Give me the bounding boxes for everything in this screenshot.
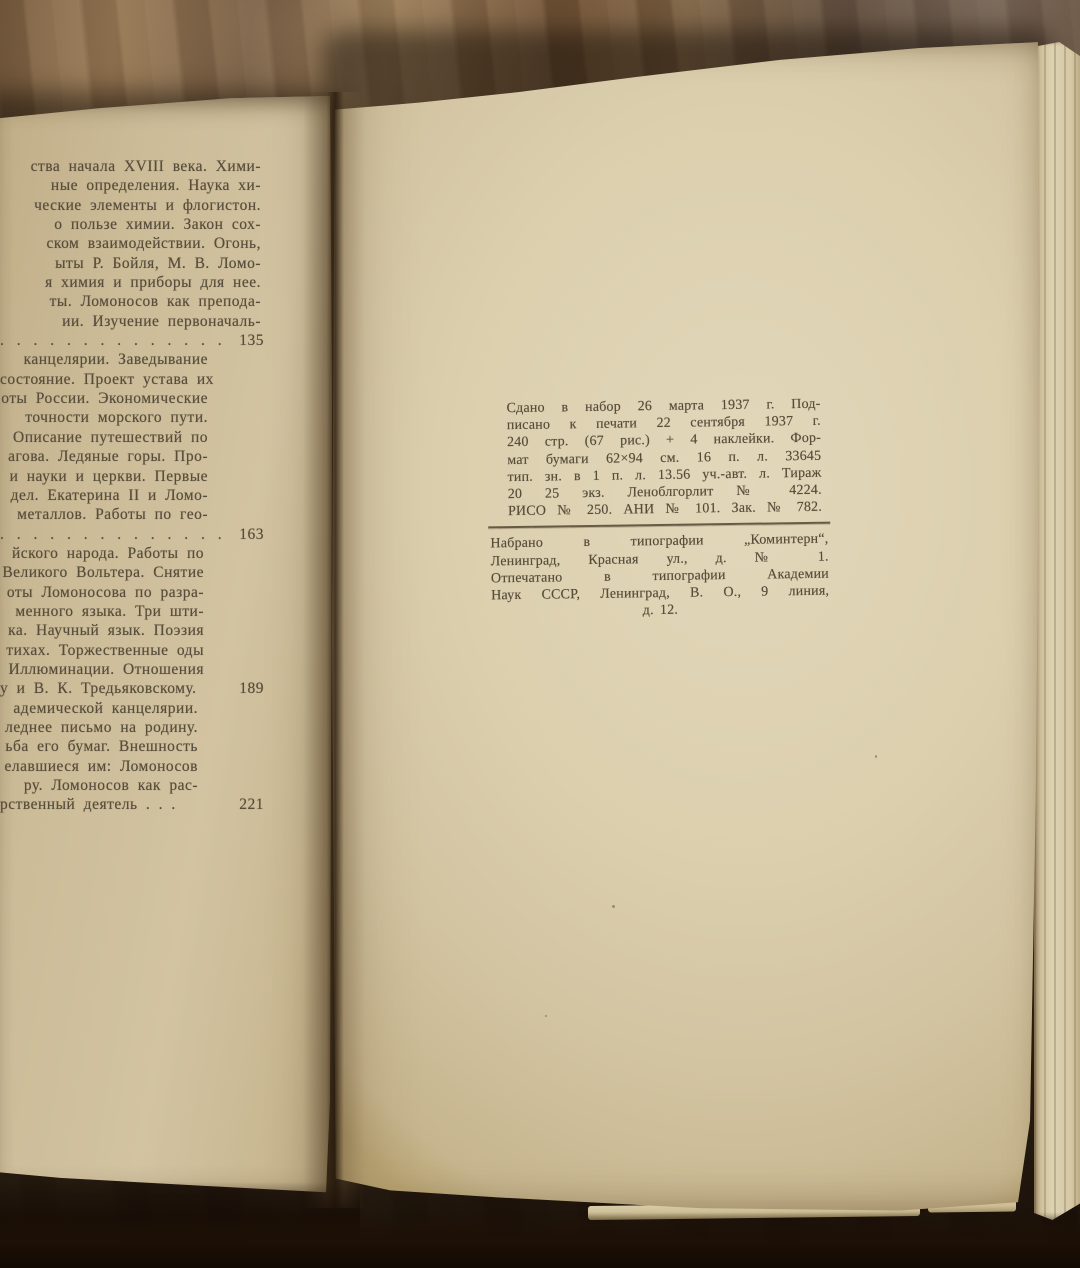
toc-text: я химия и приборы для нее. [0,274,264,292]
toc-text: ыты Р. Бойля, М. В. Ломо- [0,255,264,273]
toc-line: адемической канцелярии. [0,700,264,719]
toc-text: ру. Ломоносов как рас- [0,777,264,795]
toc-line: ском взаимодействии. Огонь, [0,235,264,254]
toc-text: точности морского пути. [0,409,264,427]
toc-page-number: 189 [226,680,264,698]
toc-line: оты России. Экономические [0,390,264,409]
toc-line: состояние. Проект устава их [0,371,264,390]
colophon-rule [488,522,830,529]
page-edges-strip [1034,42,1080,1220]
toc-line: рственный деятель . . .221 [0,796,264,815]
toc-line: я химия и приборы для нее. [0,274,264,293]
toc-text: ные определения. Наука хи- [0,177,264,195]
toc-line: ства начала XVIII века. Хими- [0,158,264,177]
toc-line: оты Ломоносова по разра- [0,584,264,603]
toc-text: елавшиеся им: Ломоносов [0,758,264,776]
toc-text: и науки и церкви. Первые [0,468,264,486]
toc-text: . . . . . . . . . . . . . . . . . . . . … [0,526,226,544]
toc-text: ии. Изучение первоначаль- [0,313,264,331]
toc-text: менного языка. Три шти- [0,603,264,621]
toc-page-number: 135 [226,332,264,350]
toc-text: тихах. Торжественные оды [0,642,264,660]
toc-text: состояние. Проект устава их [0,371,264,389]
toc-line: Иллюминации. Отношения [0,661,264,680]
book-photo: Сдано в набор 26 марта 1937 г. Под-писан… [0,0,1080,1268]
toc-text: агова. Ледяные горы. Про- [0,448,264,466]
toc-line: агова. Ледяные горы. Про- [0,448,264,467]
right-page: Сдано в набор 26 марта 1937 г. Под-писан… [330,35,1040,1220]
colophon-line: РИСО № 250. АНИ № 101. Зак. № 782. [508,499,822,521]
toc-column: ства начала XVIII века. Хими-ные определ… [0,158,264,816]
toc-line: елавшиеся им: Ломоносов [0,758,264,777]
toc-line: ру. Ломоносов как рас- [0,777,264,796]
toc-line: ыты Р. Бойля, М. В. Ломо- [0,255,264,274]
toc-line: и науки и церкви. Первые [0,468,264,487]
toc-line: ии. Изучение первоначаль- [0,313,264,332]
toc-text: оты России. Экономические [0,390,264,408]
paper-speck [875,755,877,758]
toc-text: ства начала XVIII века. Хими- [0,158,264,176]
toc-line: Описание путешествий по [0,429,264,448]
toc-text: ском взаимодействии. Огонь, [0,235,264,253]
paper-speck [545,1015,547,1017]
toc-text: рственный деятель . . . [0,796,226,814]
toc-line: менного языка. Три шти- [0,603,264,622]
toc-text: ческие элементы и флогистон. [0,197,264,215]
toc-line: у и В. К. Тредьяковскому.189 [0,680,264,699]
toc-text: . . . . . . . . . . . . . . . . . . . . … [0,332,226,350]
toc-line: ьба его бумаг. Внешность [0,738,264,757]
toc-text: леднее письмо на родину. [0,719,264,737]
toc-line: ные определения. Наука хи- [0,177,264,196]
colophon-paragraph-2: Набрано в типографии „Коминтерн“,Ленингр… [488,531,831,622]
toc-line: ты. Ломоносов как препода- [0,293,264,312]
toc-line: йского народа. Работы по [0,545,264,564]
toc-text: ты. Ломоносов как препода- [0,293,264,311]
colophon: Сдано в набор 26 марта 1937 г. Под-писан… [486,396,831,622]
toc-leader-line: . . . . . . . . . . . . . . . . . . . . … [0,332,264,351]
toc-text: Описание путешествий по [0,429,264,447]
toc-line: ческие элементы и флогистон. [0,197,264,216]
toc-text: оты Ломоносова по разра- [0,584,264,602]
toc-line: дел. Екатерина II и Ломо- [0,487,264,506]
toc-line: Великого Вольтера. Снятие [0,564,264,583]
toc-line: леднее письмо на родину. [0,719,264,738]
toc-text: дел. Екатерина II и Ломо- [0,487,264,505]
toc-text: йского народа. Работы по [0,545,264,563]
colophon-paragraph-1: Сдано в набор 26 марта 1937 г. Под-писан… [486,396,830,521]
toc-text: у и В. К. Тредьяковскому. [0,680,226,698]
toc-page-number: 163 [226,526,264,544]
toc-text: ьба его бумаг. Внешность [0,738,264,756]
toc-page-number: 221 [226,796,264,814]
paper-speck [612,905,615,908]
toc-text: ка. Научный язык. Поэзия [0,622,264,640]
toc-text: канцелярии. Заведывание [0,351,264,369]
toc-line: тихах. Торжественные оды [0,642,264,661]
toc-text: Иллюминации. Отношения [0,661,264,679]
toc-text: Великого Вольтера. Снятие [0,564,264,582]
toc-leader-line: . . . . . . . . . . . . . . . . . . . . … [0,526,264,545]
toc-line: точности морского пути. [0,409,264,428]
toc-text: металлов. Работы по гео- [0,506,264,524]
left-page: ства начала XVIII века. Хими-ные определ… [0,96,334,1200]
toc-line: ка. Научный язык. Поэзия [0,622,264,641]
toc-line: металлов. Работы по гео- [0,506,264,525]
toc-line: о пользе химии. Закон сох- [0,216,264,235]
toc-line: канцелярии. Заведывание [0,351,264,370]
toc-text: адемической канцелярии. [0,700,264,718]
toc-text: о пользе химии. Закон сох- [0,216,264,234]
table-shadow-bottom [0,1212,1080,1268]
